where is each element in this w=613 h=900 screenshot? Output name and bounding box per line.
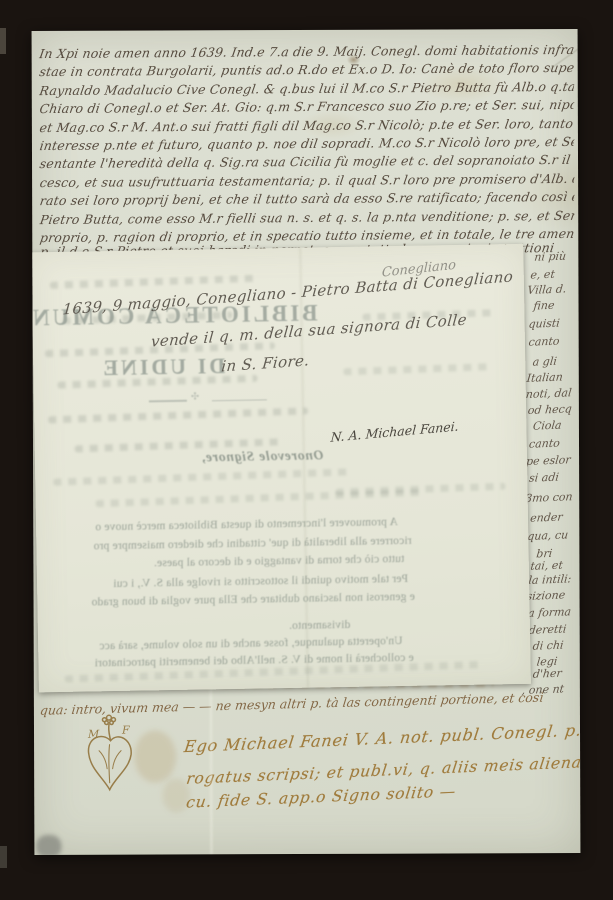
corner-blotch	[36, 835, 61, 855]
margin-fragment: la forma	[524, 605, 572, 620]
print-paragraph-line: tutto ciò che torna di vantaggio e di de…	[154, 553, 405, 569]
print-paragraph-line: Un'operetta qualunque, fosse anche di un…	[99, 635, 403, 652]
heart-mark-initial-right: F	[121, 724, 130, 737]
print-salutation-showthrough: Onorevole Signore,	[200, 447, 323, 465]
heart-mark-initial-left: M	[87, 728, 100, 741]
notary-subscription-line: cu. fide S. app.o Signo solito —	[185, 782, 457, 811]
margin-fragment: quisti	[528, 317, 561, 331]
margin-fragment: ender	[530, 511, 564, 525]
ink-blot	[134, 730, 176, 782]
faint-show-through-line	[48, 407, 308, 423]
margin-fragment: la intili:	[528, 572, 572, 587]
manuscript-page: In Xpi noie amen anno 1639. Ind.e 7.a di…	[32, 29, 581, 855]
margin-fragment: od hecq	[527, 402, 572, 417]
margin-fragment: 3mo con	[525, 490, 574, 505]
margin-fragment: ni più	[534, 250, 567, 264]
catalogue-slip: BIBLIOTECA COMUNA DI UDINE ✣ Onorevole S…	[32, 244, 531, 693]
faint-show-through-line	[53, 468, 353, 485]
margin-fragment: noti, dal	[525, 386, 572, 401]
margin-fragment: a gli	[532, 355, 557, 369]
ink-blot	[162, 778, 190, 812]
margin-fragment: pe eslor	[525, 453, 571, 468]
margin-fragment: e, et	[530, 268, 556, 282]
faint-show-through-line	[343, 363, 493, 375]
margin-fragment: qua, cu	[527, 528, 569, 543]
manuscript-line: interesse p.nte et futuro, quanto p. noe…	[39, 134, 576, 153]
manuscript-line: cesco, et sua usufruttuaria testamentari…	[39, 171, 576, 190]
margin-fragment: Ciola	[532, 419, 562, 433]
manuscript-line: Pietro Butta, come esso M.r fielli sua n…	[39, 208, 576, 227]
manuscript-line: In Xpi noie amen anno 1639. Ind.e 7.a di…	[38, 42, 575, 61]
print-paragraph-line: Per tale motivo quindi il sottoscritto s…	[113, 573, 408, 590]
background-page-edge	[0, 28, 6, 54]
catalog-note-line: in S. Fiore.	[221, 351, 311, 375]
notary-name-note: N. A. Michael Fanei.	[330, 418, 459, 444]
margin-fragment: di chi	[532, 639, 564, 653]
print-paragraph-line: ricorrere alla liberalità di que' cittad…	[93, 535, 411, 553]
manuscript-line: rato sei loro proprij beni, et che il tu…	[39, 189, 576, 208]
margin-fragment: d'her	[532, 667, 562, 681]
notary-heart-mark: M F	[82, 711, 142, 795]
notary-subscription-line: Ego Michael Fanei V. A. not. publ. Coneg…	[183, 714, 580, 756]
margin-fragment: tai, et	[530, 559, 564, 573]
manuscript-line: sentante l'heredità della q. Sig.ra sua …	[39, 152, 576, 171]
margin-fragment: si adi	[528, 471, 559, 485]
margin-fragment: canto	[528, 437, 560, 451]
margin-fragment: deretti	[528, 622, 567, 637]
print-ornament-showthrough: ✣	[149, 394, 267, 404]
margin-fragment: Italian	[526, 370, 563, 384]
manuscript-line: stae in contrata Burgolarii, puntis ad.o…	[38, 60, 575, 79]
photo-background: In Xpi noie amen anno 1639. Ind.e 7.a di…	[0, 0, 613, 900]
library-stamp-showthrough-line2: DI UDINE	[100, 353, 225, 381]
background-page-edge-bottom	[0, 846, 7, 868]
margin-fragment: sizione	[526, 588, 566, 603]
manuscript-line: et Mag.co S.r M. Ant.o sui fratti figli …	[39, 116, 576, 135]
margin-fragment: canto	[528, 335, 560, 349]
print-paragraph-line: A promuovere l'incremento di questa Bibl…	[95, 516, 398, 533]
margin-fragment: Villa d.	[527, 282, 567, 297]
margin-fragment: fine	[533, 299, 555, 313]
faint-show-through-line	[50, 275, 260, 289]
print-paragraph-line: e generosi non lasciano dubitare che Ell…	[91, 591, 415, 609]
print-paragraph-line: divisamento.	[288, 619, 350, 632]
manuscript-line: Chiaro di Conegl.o et Ser. At. Gio: q.m …	[39, 97, 576, 116]
ornament-glyph: ✣	[191, 392, 200, 403]
manuscript-line: Raynaldo Madalucio Cive Conegl. & q.bus …	[38, 79, 575, 98]
